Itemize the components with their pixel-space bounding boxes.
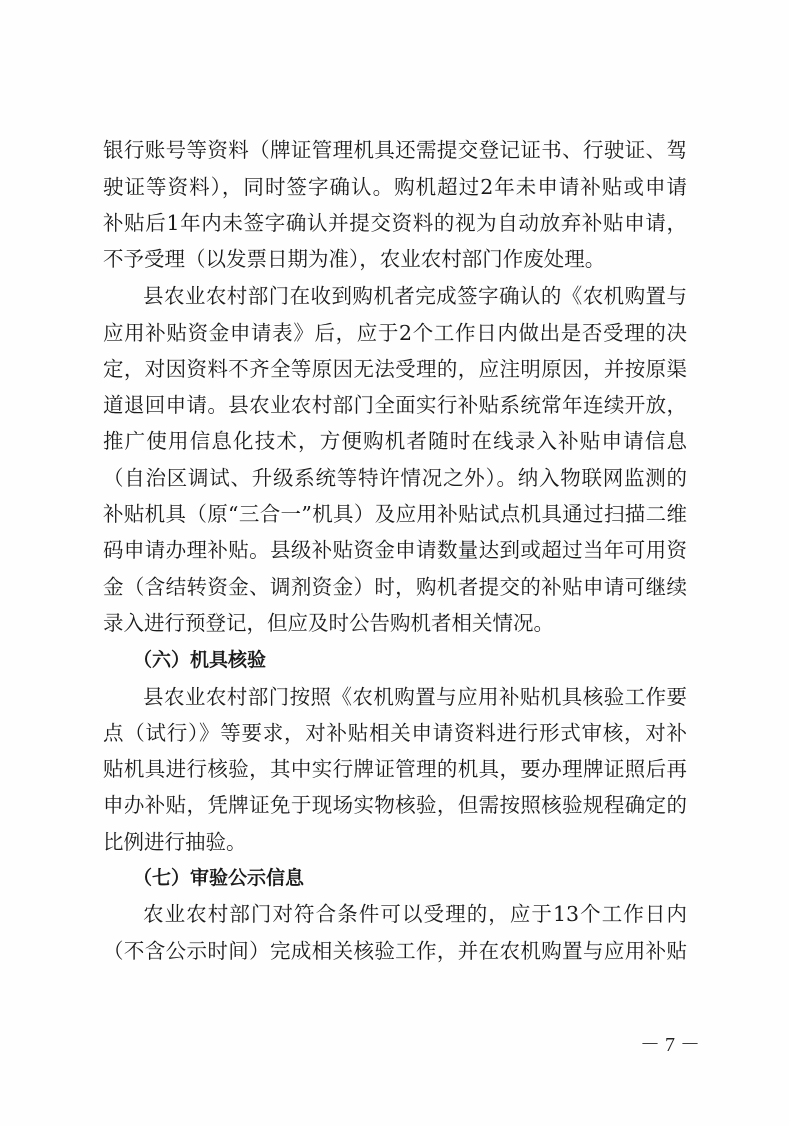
paragraph-line: 推广使用信息化技术，方便购机者随时在线录入补贴申请信息	[103, 426, 687, 456]
paragraph-first-line: 农业农村部门对符合条件可以受理的，应于13个工作日内	[143, 899, 687, 929]
paragraph-line: 码申请办理补贴。县级补贴资金申请数量达到或超过当年可用资	[103, 535, 687, 565]
paragraph-line: （不含公示时间）完成相关核验工作，并在农机购置与应用补贴	[103, 936, 687, 966]
section-heading: （六）机具核验	[133, 645, 533, 675]
paragraph-line: 银行账号等资料（牌证管理机具还需提交登记证书、行驶证、驾	[103, 135, 687, 165]
paragraph-first-line: 县农业农村部门按照《农机购置与应用补贴机具核验工作要	[143, 682, 687, 712]
paragraph-line: 补贴后1年内未签字确认并提交资料的视为自动放弃补贴申请，	[103, 208, 687, 238]
paragraph-line: 点（试行）》等要求，对补贴相关申请资料进行形式审核，对补	[103, 718, 687, 748]
section-heading: （七）审验公示信息	[133, 863, 533, 893]
paragraph-first-line: 县农业农村部门在收到购机者完成签字确认的《农机购置与	[143, 281, 687, 311]
document-page: 银行账号等资料（牌证管理机具还需提交登记证书、行驶证、驾驶证等资料），同时签字确…	[0, 0, 789, 1126]
paragraph-line: 比例进行抽验。	[103, 827, 687, 857]
paragraph-line: 贴机具进行核验，其中实行牌证管理的机具，要办理牌证照后再	[103, 754, 687, 784]
page-number: － 7 －	[640, 1030, 700, 1060]
paragraph-line: 金（含结转资金、调剂资金）时，购机者提交的补贴申请可继续	[103, 572, 687, 602]
paragraph-line: 应用补贴资金申请表》后，应于2个工作日内做出是否受理的决	[103, 318, 687, 348]
paragraph-line: 驶证等资料），同时签字确认。购机超过2年未申请补贴或申请	[103, 172, 687, 202]
paragraph-line: 不予受理（以发票日期为准），农业农村部门作废处理。	[103, 244, 687, 274]
paragraph-line: 申办补贴，凭牌证免于现场实物核验，但需按照核验规程确定的	[103, 790, 687, 820]
paragraph-line: 录入进行预登记，但应及时公告购机者相关情况。	[103, 608, 687, 638]
paragraph-line: 定，对因资料不齐全等原因无法受理的，应注明原因，并按原渠	[103, 354, 687, 384]
paragraph-line: 补贴机具（原“三合一”机具）及应用补贴试点机具通过扫描二维	[103, 499, 687, 529]
paragraph-line: （自治区调试、升级系统等特许情况之外）。纳入物联网监测的	[103, 463, 687, 493]
paragraph-line: 道退回申请。县农业农村部门全面实行补贴系统常年连续开放，	[103, 390, 687, 420]
